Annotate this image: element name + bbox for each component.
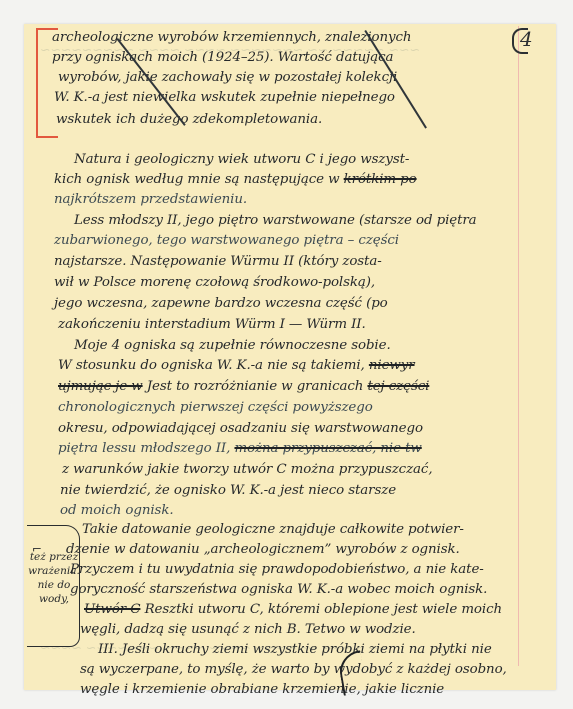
struck-text: tej części	[367, 379, 429, 394]
bracketed-line: przy ogniskach moich (1924–25). Wartość …	[52, 50, 393, 65]
text-line: zubarwionego, tego warstwowanego piętra …	[54, 233, 399, 248]
text-line: chronologicznych pierwszej części powyżs…	[58, 400, 373, 415]
text-line: okresu, odpowiadającej osadzaniu się war…	[58, 421, 423, 436]
text-line: najkrótszem przedstawieniu.	[54, 192, 247, 207]
text-line: kich ognisk według mnie są następujące w…	[54, 172, 417, 187]
text-line: dzenie w datowaniu „archeologicznem” wyr…	[66, 542, 460, 557]
text-line: piętra lessu młodszego II, można przypus…	[58, 441, 422, 456]
text-line: z warunków jakie tworzy utwór C można pr…	[62, 462, 432, 477]
bracketed-line: archeologiczne wyrobów krzemiennych, zna…	[52, 30, 411, 45]
struck-text: Utwór C	[84, 602, 140, 617]
struck-text: ujmując je w	[58, 379, 143, 394]
text-line: Przyczem i tu uwydatnia się prawdopodobi…	[70, 562, 484, 577]
margin-note: też przez wrażenia. nie do wody,	[28, 550, 80, 606]
text-line: Natura i geologiczny wiek utworu C i jeg…	[74, 152, 409, 167]
text-line: węgli, dadzą się usunąć z nich B. Tetwo …	[80, 622, 416, 637]
bracketed-line: W. K.-a jest niewielka wskutek zupełnie …	[54, 90, 395, 105]
struck-text: niewyr	[369, 358, 415, 373]
text-line: goryczność starszeństwa ogniska W. K.-a …	[70, 582, 487, 597]
text-line: zakończeniu interstadium Würm I — Würm I…	[58, 317, 366, 332]
text-line: Utwór C Resztki utworu C, któremi oblepi…	[84, 602, 502, 617]
struck-text: można przypuszczać, nie tw	[234, 441, 421, 456]
text-line: Moje 4 ogniska są zupełnie równoczesne s…	[74, 338, 391, 353]
text-line: Takie datowanie geologiczne znajduje cał…	[82, 522, 464, 537]
struck-text: krótkim po	[344, 172, 417, 187]
text-line: najstarsze. Następowanie Würmu II (który…	[54, 254, 382, 269]
text-line: III. Jeśli okruchy ziemi wszystkie próbk…	[98, 642, 492, 657]
text-line: Less młodszy II, jego piętro warstwowane…	[74, 213, 477, 228]
margin-rule	[518, 26, 519, 666]
text-line: jego wczesna, zapewne bardzo wczesna czę…	[54, 296, 388, 311]
bracketed-line: wskutek ich dużego zdekompletowania.	[56, 112, 322, 127]
page-number: 4	[520, 27, 533, 51]
text-line: są wyczerpane, to myślę, że warto by wyd…	[80, 662, 507, 677]
text-line: W stosunku do ogniska W. K.-a nie są tak…	[58, 358, 415, 373]
text-line: nie twierdzić, że ognisko W. K.-a jest n…	[60, 483, 396, 498]
bracketed-line: wyrobów, jakie zachowały się w pozostałe…	[58, 70, 397, 85]
text-line: od moich ognisk.	[60, 503, 174, 518]
text-line: ujmując je w Jest to rozróżnianie w gran…	[58, 379, 429, 394]
text-line: węgle i krzemienie obrabiane krzemienie,…	[80, 682, 444, 697]
text-line: wił w Polsce morenę czołową środkowo-pol…	[54, 275, 375, 290]
